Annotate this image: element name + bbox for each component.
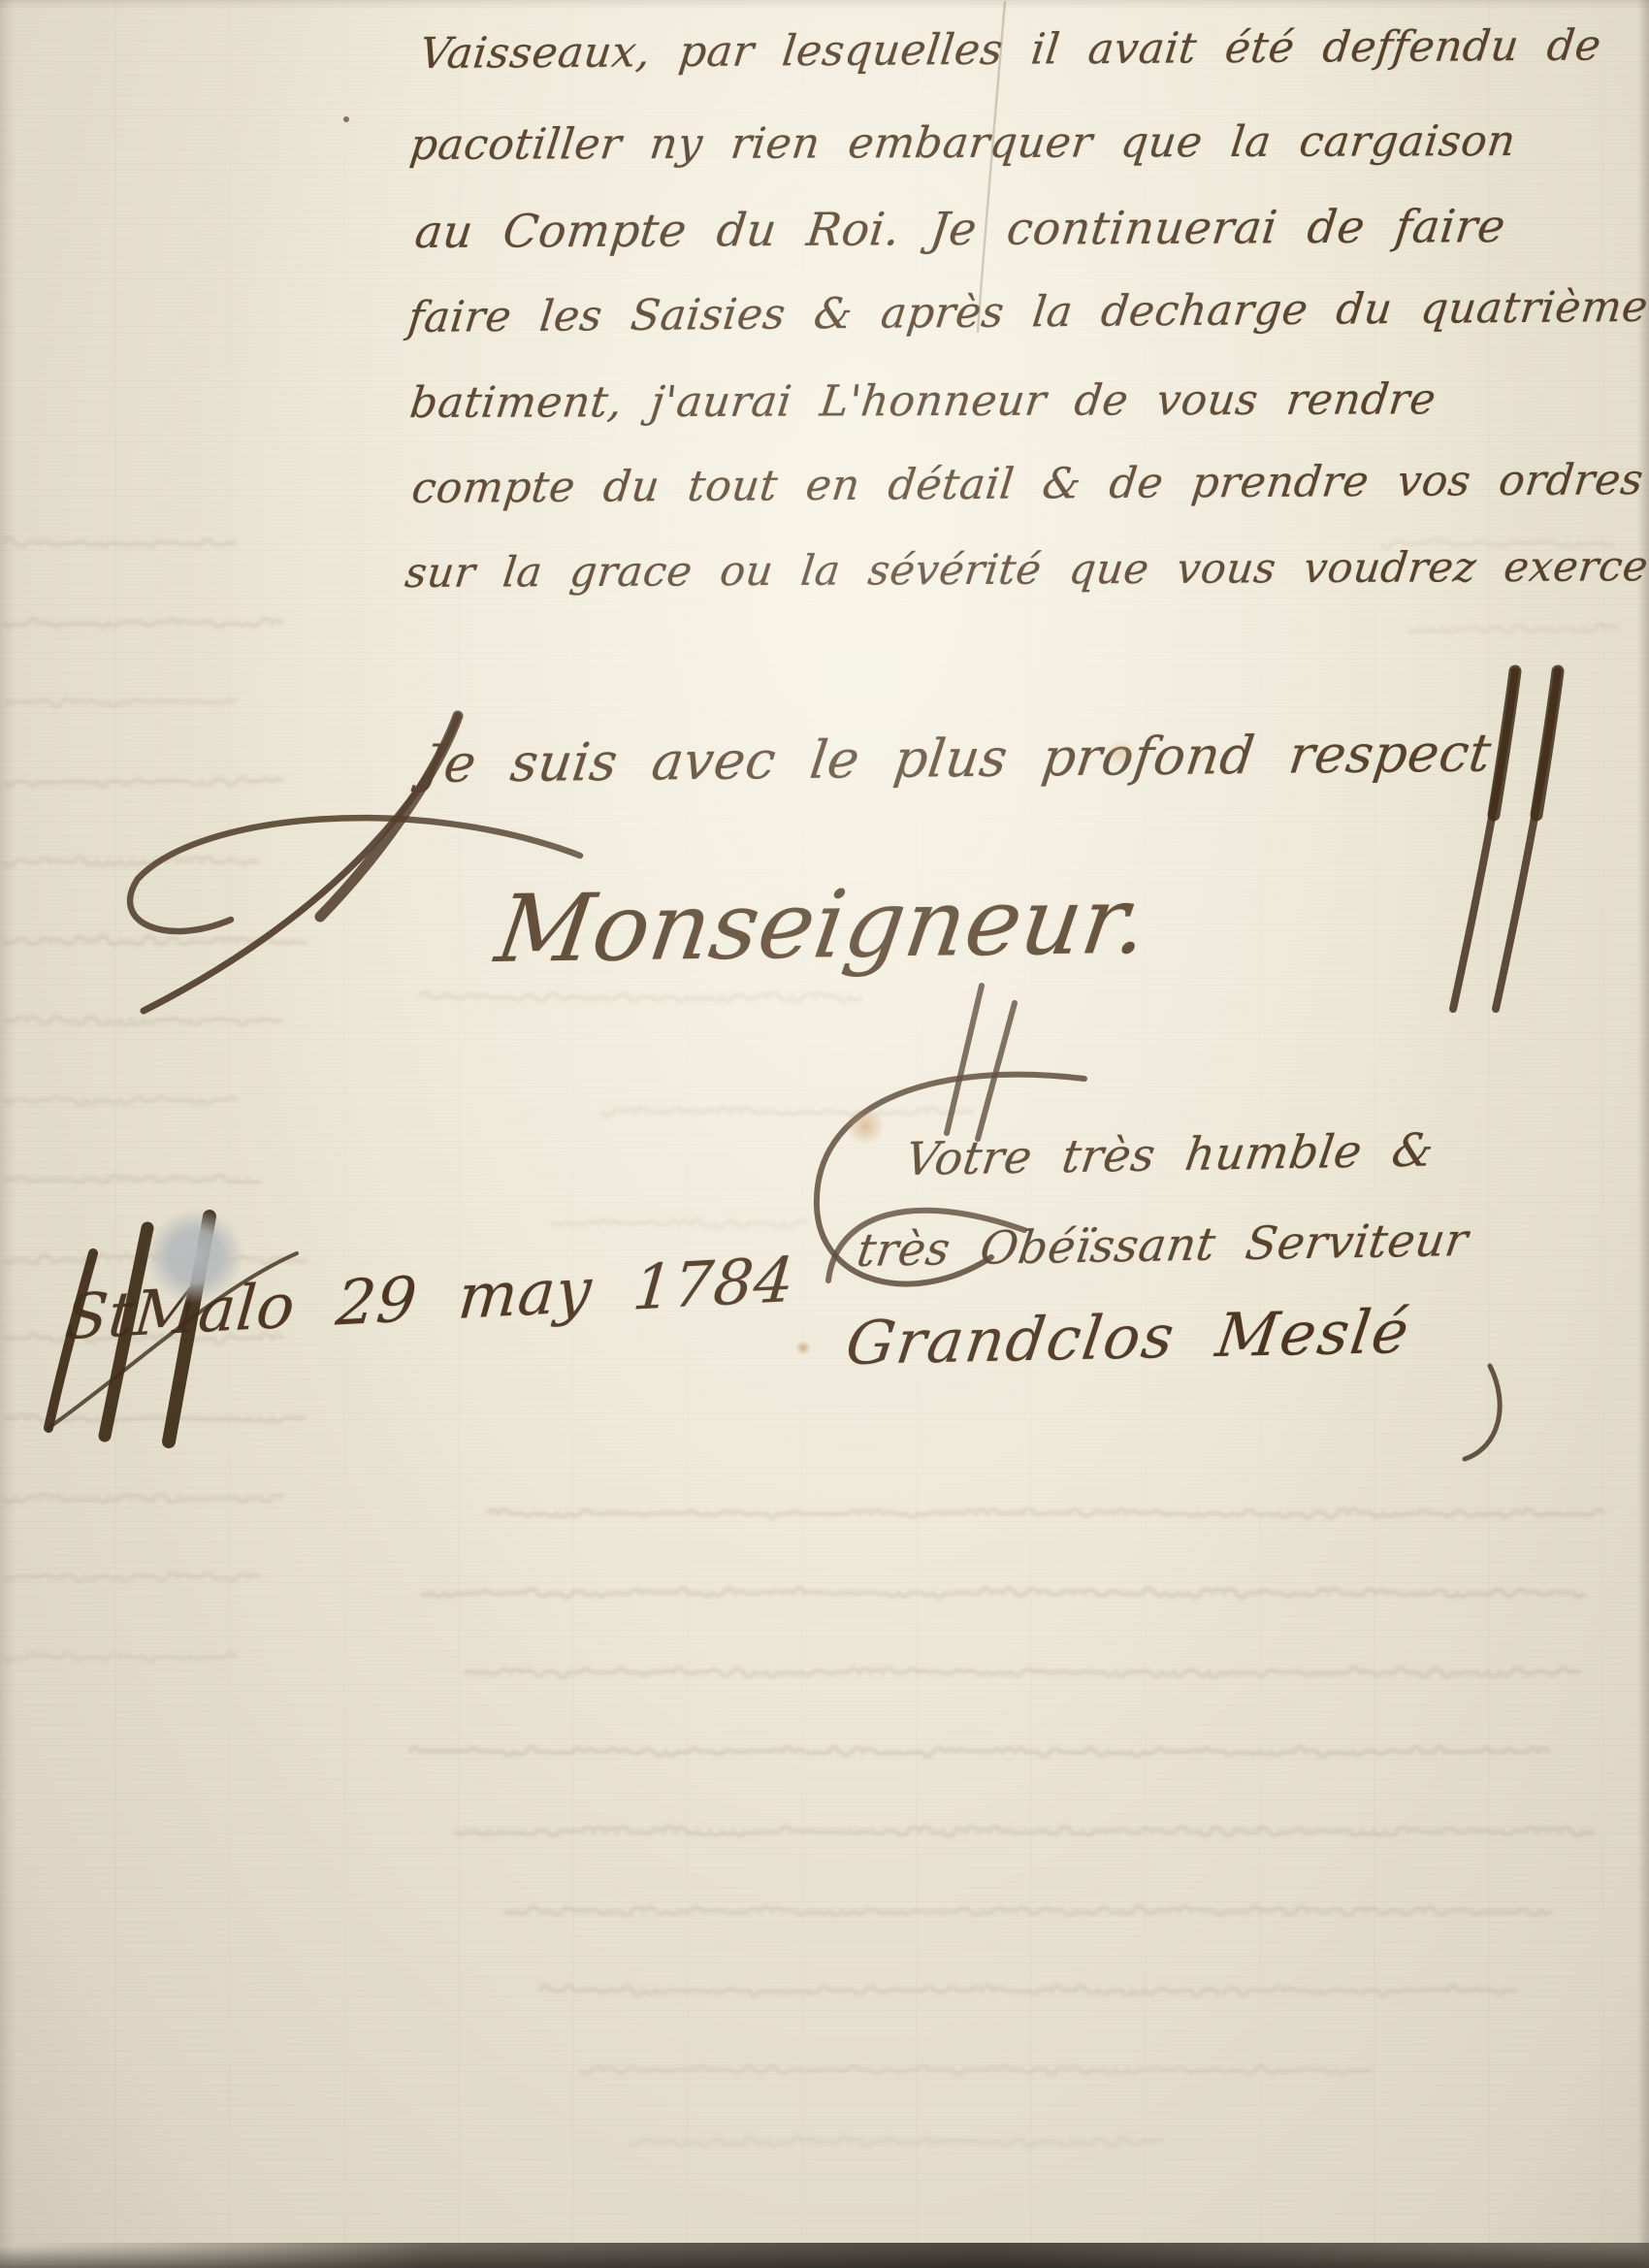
bleedthrough-line (4, 1572, 260, 1581)
dateline: StMalo 29 may 1784 (62, 1245, 797, 1354)
bleedthrough-line (601, 1108, 974, 1117)
pen-flourish (1494, 671, 1515, 815)
bleedthrough-line (629, 2137, 1164, 2146)
body-line: faire les Saisies & après la decharge du… (405, 282, 1649, 342)
bleedthrough-line (4, 1495, 283, 1503)
bleedthrough-line (4, 778, 283, 787)
addressee-monseigneur: Monseigneur. (490, 866, 1155, 984)
bleedthrough-line (4, 857, 260, 866)
bleedthrough-line (4, 1653, 237, 1661)
pen-flourish (1465, 1366, 1500, 1459)
scan-edge-left (0, 0, 16, 2268)
bleedthrough-line (4, 1097, 237, 1105)
bleedthrough-line (487, 1509, 1604, 1518)
body-line: batiment, j'aurai L'honneur de vous rend… (407, 374, 1439, 428)
signature-grandclos-mesle: Grandclos Meslé (842, 1296, 1415, 1378)
closing-salutation: Je suis avec le plus profond respect (419, 722, 1495, 794)
letter-page: Vaisseaux, par lesquelles il avait été d… (0, 0, 1649, 2268)
foxing-spot (846, 1108, 885, 1145)
scan-edge-bottom (0, 2243, 1649, 2268)
bleedthrough-line (419, 992, 861, 1001)
valediction-line-2: très Obéïssant Serviteur (854, 1214, 1471, 1278)
bleedthrough-line (4, 538, 237, 546)
bleedthrough-line (464, 1668, 1581, 1677)
pen-flourish (144, 716, 458, 1011)
bleedthrough-line (4, 1176, 260, 1183)
pen-flourish (1496, 671, 1558, 1009)
body-line: sur la grace ou la sévérité que vous vou… (403, 542, 1649, 598)
bleedthrough-line (539, 1986, 1517, 1995)
bleedthrough-line (4, 936, 307, 945)
pen-flourish (1536, 671, 1558, 815)
bleedthrough-line (4, 1254, 307, 1264)
bleedthrough-line (421, 1588, 1585, 1598)
body-line: compte du tout en détail & de prendre vo… (409, 455, 1646, 513)
bleedthrough-line (4, 1017, 283, 1025)
bleedthrough-line (4, 619, 283, 628)
scan-edge-right (1637, 0, 1649, 2268)
foxing-spot (795, 1341, 811, 1355)
bleedthrough-line (409, 1747, 1550, 1757)
bleedthrough-line (551, 1219, 807, 1228)
bleedthrough-line (580, 2066, 1372, 2075)
body-line: Vaisseaux, par lesquelles il avait été d… (417, 21, 1603, 79)
body-line: pacotiller ny rien embarquer que la carg… (407, 116, 1518, 170)
bleedthrough-line (4, 698, 237, 706)
bleedthrough-line (1408, 624, 1618, 632)
bleedthrough-line (454, 1827, 1595, 1836)
bleedthrough-line (4, 1415, 307, 1423)
scan-edge-top (0, 0, 1649, 10)
valediction-line-1: Votre très humble & (902, 1124, 1438, 1186)
body-line: au Compte du Roi. Je continuerai de fair… (412, 200, 1508, 259)
bleedthrough-line (504, 1906, 1552, 1916)
ink-speck (343, 116, 349, 122)
pen-flourish (978, 1003, 1015, 1139)
pen-flourish (947, 986, 982, 1133)
